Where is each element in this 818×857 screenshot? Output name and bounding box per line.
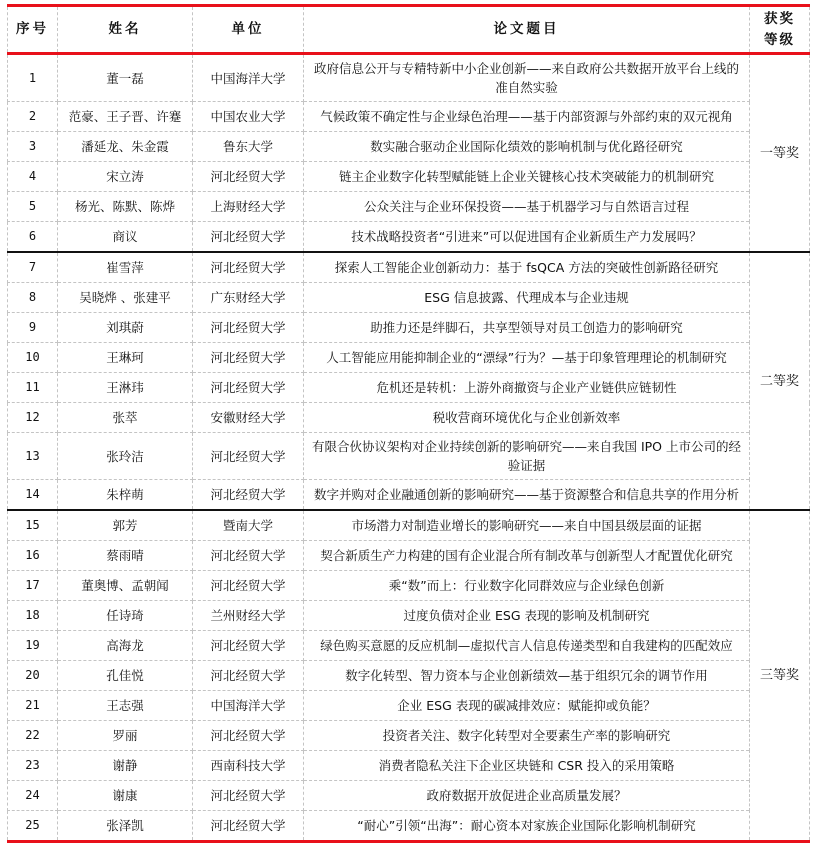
- table-row: 15 郭芳 暨南大学 市场潜力对制造业增长的影响研究——来自中国县级层面的证据 …: [8, 510, 810, 541]
- cell-name: 刘琪蔚: [58, 313, 193, 343]
- cell-unit: 中国海洋大学: [193, 691, 304, 721]
- cell-name: 郭芳: [58, 510, 193, 541]
- cell-title: 企业 ESG 表现的碳减排效应：赋能抑或负能？: [304, 691, 750, 721]
- cell-unit: 河北经贸大学: [193, 313, 304, 343]
- cell-title: 政府信息公开与专精特新中小企业创新——来自政府公共数据开放平台上线的准自然实验: [304, 54, 750, 102]
- cell-no: 3: [8, 132, 58, 162]
- table-row: 13 张玲洁 河北经贸大学 有限合伙协议架构对企业持续创新的影响研究——来自我国…: [8, 433, 810, 480]
- cell-title: 税收营商环境优化与企业创新效率: [304, 403, 750, 433]
- cell-no: 9: [8, 313, 58, 343]
- cell-title: 人工智能应用能抑制企业的“漂绿”行为？—基于印象管理理论的机制研究: [304, 343, 750, 373]
- cell-unit: 河北经贸大学: [193, 222, 304, 253]
- cell-name: 孔佳悦: [58, 661, 193, 691]
- cell-name: 罗丽: [58, 721, 193, 751]
- cell-title: 技术战略投资者“引进来”可以促进国有企业新质生产力发展吗？: [304, 222, 750, 253]
- cell-unit: 河北经贸大学: [193, 480, 304, 511]
- cell-no: 20: [8, 661, 58, 691]
- cell-no: 7: [8, 252, 58, 283]
- cell-name: 董奥博、孟朝闻: [58, 571, 193, 601]
- cell-no: 21: [8, 691, 58, 721]
- table-row: 14 朱梓萌 河北经贸大学 数字并购对企业融通创新的影响研究——基于资源整合和信…: [8, 480, 810, 511]
- cell-unit: 河北经贸大学: [193, 252, 304, 283]
- table-row: 11 王淋玮 河北经贸大学 危机还是转机：上游外商撤资与企业产业链供应链韧性: [8, 373, 810, 403]
- cell-name: 高海龙: [58, 631, 193, 661]
- cell-title: 政府数据开放促进企业高质量发展？: [304, 781, 750, 811]
- cell-title: 乘“数”而上：行业数字化同群效应与企业绿色创新: [304, 571, 750, 601]
- cell-unit: 安徽财经大学: [193, 403, 304, 433]
- header-award-line2: 等级: [764, 32, 795, 48]
- table-row: 20 孔佳悦 河北经贸大学 数字化转型、智力资本与企业创新绩效—基于组织冗余的调…: [8, 661, 810, 691]
- cell-unit: 河北经贸大学: [193, 433, 304, 480]
- table-row: 1 董一磊 中国海洋大学 政府信息公开与专精特新中小企业创新——来自政府公共数据…: [8, 54, 810, 102]
- cell-title: “耐心”引领“出海”：耐心资本对家族企业国际化影响机制研究: [304, 811, 750, 842]
- cell-name: 张玲洁: [58, 433, 193, 480]
- table-row: 19 高海龙 河北经贸大学 绿色购买意愿的反应机制—虚拟代言人信息传递类型和自我…: [8, 631, 810, 661]
- cell-no: 17: [8, 571, 58, 601]
- cell-title: 数字化转型、智力资本与企业创新绩效—基于组织冗余的调节作用: [304, 661, 750, 691]
- table-row: 7 崔雪萍 河北经贸大学 探索人工智能企业创新动力：基于 fsQCA 方法的突破…: [8, 252, 810, 283]
- cell-unit: 中国海洋大学: [193, 54, 304, 102]
- header-title: 论文题目: [304, 6, 750, 54]
- cell-unit: 鲁东大学: [193, 132, 304, 162]
- cell-no: 8: [8, 283, 58, 313]
- cell-title: 探索人工智能企业创新动力：基于 fsQCA 方法的突破性创新路径研究: [304, 252, 750, 283]
- cell-no: 13: [8, 433, 58, 480]
- cell-title: 链主企业数字化转型赋能链上企业关键核心技术突破能力的机制研究: [304, 162, 750, 192]
- cell-unit: 暨南大学: [193, 510, 304, 541]
- table-header: 序号 姓名 单位 论文题目 获奖 等级: [8, 6, 810, 54]
- cell-unit: 河北经贸大学: [193, 631, 304, 661]
- table-row: 5 杨光、陈默、陈烨 上海财经大学 公众关注与企业环保投资——基于机器学习与自然…: [8, 192, 810, 222]
- table-body: 1 董一磊 中国海洋大学 政府信息公开与专精特新中小企业创新——来自政府公共数据…: [8, 54, 810, 842]
- cell-title: 消费者隐私关注下企业区块链和 CSR 投入的采用策略: [304, 751, 750, 781]
- cell-no: 23: [8, 751, 58, 781]
- cell-award-third-prize: 三等奖: [750, 510, 810, 842]
- cell-no: 2: [8, 102, 58, 132]
- cell-no: 16: [8, 541, 58, 571]
- cell-unit: 河北经贸大学: [193, 343, 304, 373]
- cell-title: 契合新质生产力构建的国有企业混合所有制改革与创新型人才配置优化研究: [304, 541, 750, 571]
- cell-name: 崔雪萍: [58, 252, 193, 283]
- table-row: 9 刘琪蔚 河北经贸大学 助推力还是绊脚石，共享型领导对员工创造力的影响研究: [8, 313, 810, 343]
- cell-no: 22: [8, 721, 58, 751]
- cell-unit: 河北经贸大学: [193, 721, 304, 751]
- header-no: 序号: [8, 6, 58, 54]
- cell-unit: 上海财经大学: [193, 192, 304, 222]
- cell-unit: 西南科技大学: [193, 751, 304, 781]
- cell-unit: 河北经贸大学: [193, 781, 304, 811]
- cell-no: 15: [8, 510, 58, 541]
- table-row: 10 王琳珂 河北经贸大学 人工智能应用能抑制企业的“漂绿”行为？—基于印象管理…: [8, 343, 810, 373]
- cell-name: 张泽凯: [58, 811, 193, 842]
- cell-name: 潘延龙、朱金霞: [58, 132, 193, 162]
- cell-name: 杨光、陈默、陈烨: [58, 192, 193, 222]
- cell-name: 任诗琦: [58, 601, 193, 631]
- cell-title: 市场潜力对制造业增长的影响研究——来自中国县级层面的证据: [304, 510, 750, 541]
- table-row: 6 商议 河北经贸大学 技术战略投资者“引进来”可以促进国有企业新质生产力发展吗…: [8, 222, 810, 253]
- cell-no: 6: [8, 222, 58, 253]
- cell-unit: 河北经贸大学: [193, 162, 304, 192]
- table-row: 2 范豪、王子晋、许蹇 中国农业大学 气候政策不确定性与企业绿色治理——基于内部…: [8, 102, 810, 132]
- cell-name: 王志强: [58, 691, 193, 721]
- cell-no: 10: [8, 343, 58, 373]
- cell-title: 绿色购买意愿的反应机制—虚拟代言人信息传递类型和自我建构的匹配效应: [304, 631, 750, 661]
- table-row: 18 任诗琦 兰州财经大学 过度负债对企业 ESG 表现的影响及机制研究: [8, 601, 810, 631]
- cell-no: 1: [8, 54, 58, 102]
- cell-name: 朱梓萌: [58, 480, 193, 511]
- cell-name: 董一磊: [58, 54, 193, 102]
- cell-no: 11: [8, 373, 58, 403]
- cell-no: 4: [8, 162, 58, 192]
- cell-name: 蔡雨晴: [58, 541, 193, 571]
- cell-title: 数字并购对企业融通创新的影响研究——基于资源整合和信息共享的作用分析: [304, 480, 750, 511]
- cell-title: ESG 信息披露、代理成本与企业违规: [304, 283, 750, 313]
- cell-title: 助推力还是绊脚石，共享型领导对员工创造力的影响研究: [304, 313, 750, 343]
- cell-no: 18: [8, 601, 58, 631]
- table-row: 16 蔡雨晴 河北经贸大学 契合新质生产力构建的国有企业混合所有制改革与创新型人…: [8, 541, 810, 571]
- cell-unit: 河北经贸大学: [193, 811, 304, 842]
- cell-unit: 河北经贸大学: [193, 571, 304, 601]
- header-row: 序号 姓名 单位 论文题目 获奖 等级: [8, 6, 810, 54]
- cell-no: 24: [8, 781, 58, 811]
- cell-unit: 中国农业大学: [193, 102, 304, 132]
- cell-no: 19: [8, 631, 58, 661]
- cell-name: 宋立涛: [58, 162, 193, 192]
- table-row: 25 张泽凯 河北经贸大学 “耐心”引领“出海”：耐心资本对家族企业国际化影响机…: [8, 811, 810, 842]
- cell-no: 12: [8, 403, 58, 433]
- table-row: 3 潘延龙、朱金霞 鲁东大学 数实融合驱动企业国际化绩效的影响机制与优化路径研究: [8, 132, 810, 162]
- table-row: 4 宋立涛 河北经贸大学 链主企业数字化转型赋能链上企业关键核心技术突破能力的机…: [8, 162, 810, 192]
- cell-award-second-prize: 二等奖: [750, 252, 810, 510]
- cell-no: 14: [8, 480, 58, 511]
- cell-no: 5: [8, 192, 58, 222]
- cell-name: 王淋玮: [58, 373, 193, 403]
- cell-award-first-prize: 一等奖: [750, 54, 810, 253]
- cell-name: 吴晓烨 、张建平: [58, 283, 193, 313]
- header-award: 获奖 等级: [750, 6, 810, 54]
- cell-unit: 广东财经大学: [193, 283, 304, 313]
- cell-name: 范豪、王子晋、许蹇: [58, 102, 193, 132]
- cell-title: 数实融合驱动企业国际化绩效的影响机制与优化路径研究: [304, 132, 750, 162]
- award-list-table: 序号 姓名 单位 论文题目 获奖 等级 1 董一磊 中国海洋大学 政府信息公开与…: [7, 4, 810, 843]
- cell-name: 张萃: [58, 403, 193, 433]
- table-row: 17 董奥博、孟朝闻 河北经贸大学 乘“数”而上：行业数字化同群效应与企业绿色创…: [8, 571, 810, 601]
- cell-title: 危机还是转机：上游外商撤资与企业产业链供应链韧性: [304, 373, 750, 403]
- cell-unit: 河北经贸大学: [193, 373, 304, 403]
- cell-no: 25: [8, 811, 58, 842]
- cell-title: 有限合伙协议架构对企业持续创新的影响研究——来自我国 IPO 上市公司的经验证据: [304, 433, 750, 480]
- cell-name: 谢静: [58, 751, 193, 781]
- table-row: 23 谢静 西南科技大学 消费者隐私关注下企业区块链和 CSR 投入的采用策略: [8, 751, 810, 781]
- cell-name: 商议: [58, 222, 193, 253]
- cell-unit: 河北经贸大学: [193, 541, 304, 571]
- cell-name: 谢康: [58, 781, 193, 811]
- header-name: 姓名: [58, 6, 193, 54]
- table-row: 22 罗丽 河北经贸大学 投资者关注、数字化转型对全要素生产率的影响研究: [8, 721, 810, 751]
- cell-name: 王琳珂: [58, 343, 193, 373]
- table-row: 24 谢康 河北经贸大学 政府数据开放促进企业高质量发展？: [8, 781, 810, 811]
- header-award-line1: 获奖: [764, 11, 795, 27]
- cell-title: 投资者关注、数字化转型对全要素生产率的影响研究: [304, 721, 750, 751]
- cell-title: 过度负债对企业 ESG 表现的影响及机制研究: [304, 601, 750, 631]
- cell-title: 气候政策不确定性与企业绿色治理——基于内部资源与外部约束的双元视角: [304, 102, 750, 132]
- table-row: 12 张萃 安徽财经大学 税收营商环境优化与企业创新效率: [8, 403, 810, 433]
- table-row: 21 王志强 中国海洋大学 企业 ESG 表现的碳减排效应：赋能抑或负能？: [8, 691, 810, 721]
- cell-unit: 河北经贸大学: [193, 661, 304, 691]
- cell-unit: 兰州财经大学: [193, 601, 304, 631]
- cell-title: 公众关注与企业环保投资——基于机器学习与自然语言过程: [304, 192, 750, 222]
- header-unit: 单位: [193, 6, 304, 54]
- table-row: 8 吴晓烨 、张建平 广东财经大学 ESG 信息披露、代理成本与企业违规: [8, 283, 810, 313]
